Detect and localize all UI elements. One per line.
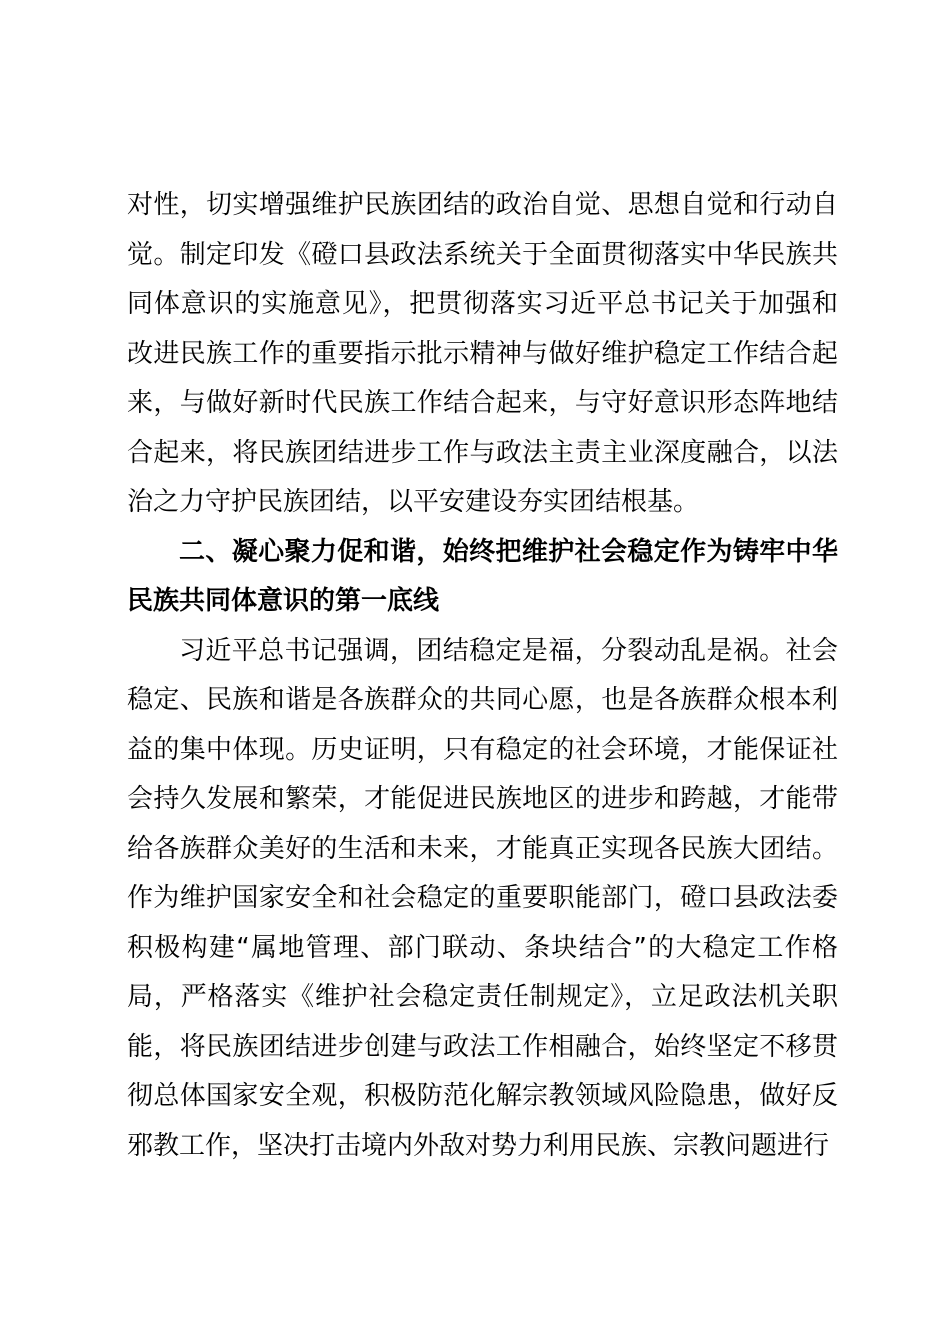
paragraph-body: 习近平总书记强调，团结稳定是福，分裂动乱是祸。社会稳定、民族和谐是各族群众的共同… [127, 627, 838, 1172]
paragraph-continuation: 对性，切实增强维护民族团结的政治自觉、思想自觉和行动自觉。制定印发《磴口县政法系… [127, 181, 838, 528]
document-text-area: 对性，切实增强维护民族团结的政治自觉、思想自觉和行动自觉。制定印发《磴口县政法系… [127, 181, 838, 1171]
document-page: 对性，切实增强维护民族团结的政治自觉、思想自觉和行动自觉。制定印发《磴口县政法系… [0, 0, 950, 1344]
section-heading: 二、凝心聚力促和谐，始终把维护社会稳定作为铸牢中华民族共同体意识的第一底线 [127, 528, 838, 627]
